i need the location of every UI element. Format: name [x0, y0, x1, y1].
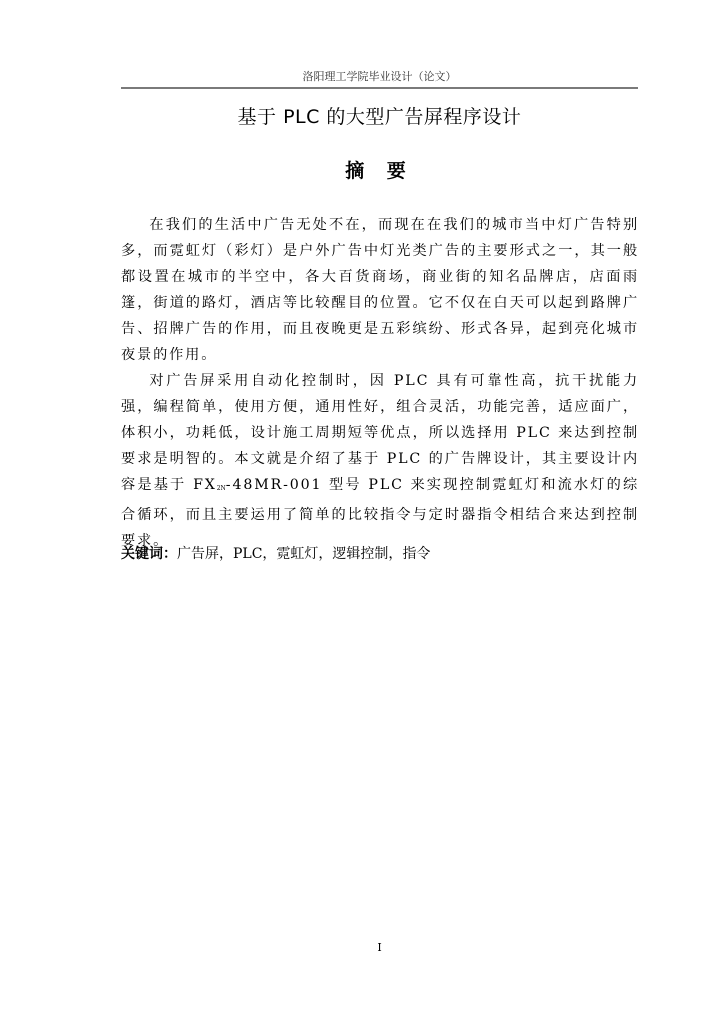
- model-prefix: FX: [193, 477, 217, 493]
- header-divider: [121, 87, 638, 89]
- abstract-body: 在我们的生活中广告无处不在，而现在在我们的城市当中灯广告特别多，而霓虹灯（彩灯）…: [121, 212, 639, 554]
- abstract-paragraph-1: 在我们的生活中广告无处不在，而现在在我们的城市当中灯广告特别多，而霓虹灯（彩灯）…: [121, 212, 639, 368]
- keywords-line: 关键词：广告屏，PLC，霓虹灯，逻辑控制，指令: [121, 543, 638, 565]
- abstract-heading-text: 摘 要: [345, 160, 414, 182]
- paragraph-2-text-a: 对广告屏采用自动化控制时，因 PLC 具有可靠性高，抗干扰能力强，编程简单，使用…: [121, 373, 639, 493]
- keywords-label: 关键词：: [121, 546, 177, 562]
- keywords-values: 广告屏，PLC，霓虹灯，逻辑控制，指令: [177, 546, 430, 562]
- model-subscript: 2N: [217, 485, 226, 492]
- page-number: I: [121, 941, 638, 955]
- model-suffix: -48MR-001: [226, 477, 323, 493]
- document-title: 基于 PLC 的大型广告屏程序设计: [121, 104, 638, 130]
- abstract-paragraph-2: 对广告屏采用自动化控制时，因 PLC 具有可靠性高，抗干扰能力强，编程简单，使用…: [121, 368, 639, 554]
- abstract-heading: 摘 要: [121, 158, 638, 184]
- running-header: 洛阳理工学院毕业设计（论文）: [121, 70, 638, 84]
